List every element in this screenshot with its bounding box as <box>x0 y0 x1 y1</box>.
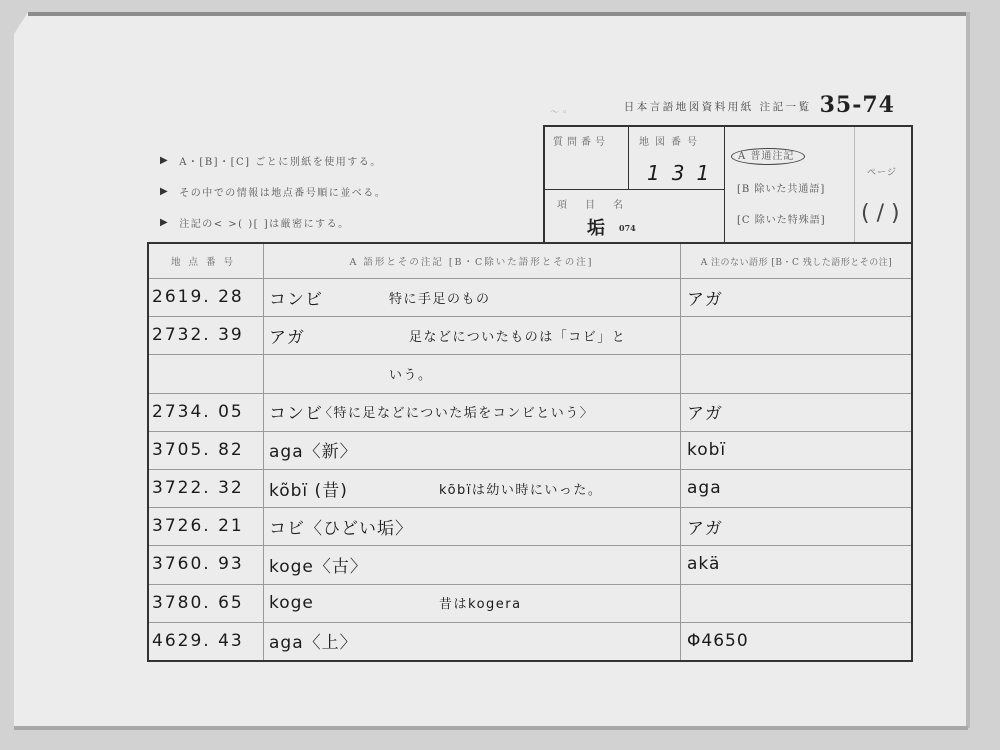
item-name-label: 項目名 <box>557 196 641 211</box>
form-note: いう。 <box>389 354 433 392</box>
triangle-bullet-icon: ▶ <box>160 155 169 166</box>
category-a: A 普通注記 <box>737 147 805 162</box>
map-number-label: 地図番号 <box>639 133 703 148</box>
header-point-number: 地点番号 <box>149 244 263 278</box>
word-form: アガ <box>269 316 305 354</box>
category-cell: A 普通注記 [B 除いた共通語] [C 除いた特殊語] <box>725 127 855 244</box>
word-form: kõbï (昔) <box>269 469 348 507</box>
row-divider <box>149 278 911 279</box>
point-number: 3705. 82 <box>152 431 244 469</box>
header-form-and-note: A 語形とその注記 [B・C除いた語形とその注] <box>263 244 680 278</box>
plain-form: aga <box>687 469 722 507</box>
row-divider <box>149 431 911 432</box>
word-form: koge <box>269 584 314 622</box>
point-number: 3726. 21 <box>152 507 244 545</box>
row-divider <box>149 354 911 355</box>
item-name-value: 垢 <box>587 214 605 240</box>
word-form: koge〈古〉 <box>269 545 368 583</box>
row-divider <box>149 622 911 623</box>
page-value: ( / ) <box>861 201 900 226</box>
form-note: 〈特に足などについた垢をコンビという〉 <box>319 393 594 431</box>
card-bottom-edge <box>14 726 968 730</box>
instruction-item: ▶ その中での情報は地点番号順に並べる。 <box>160 176 386 207</box>
stamp-mark: 〜 ◦ <box>550 105 567 118</box>
instructions: ▶ A・[B]・[C] ごとに別紙を使用する。 ▶ その中での情報は地点番号順に… <box>160 145 386 238</box>
item-code: 074 <box>619 223 636 233</box>
row-divider <box>149 545 911 546</box>
form-title-label: 日本言語地図資料用紙 注記一覧 <box>624 99 812 118</box>
point-number: 2619. 28 <box>152 278 244 316</box>
page-label: ページ <box>867 165 897 178</box>
word-form: コンビ <box>269 278 323 316</box>
column-divider <box>680 244 681 660</box>
triangle-bullet-icon: ▶ <box>160 186 169 197</box>
map-number-value: 131 <box>647 161 721 185</box>
question-number-label: 質問番号 <box>553 133 609 148</box>
point-number: 3760. 93 <box>152 545 244 583</box>
row-divider <box>149 584 911 585</box>
category-a-selected: A 普通注記 <box>731 148 805 165</box>
item-name-cell: 項目名 垢 074 <box>545 190 725 244</box>
plain-form: akä <box>687 545 720 583</box>
instruction-item: ▶ A・[B]・[C] ごとに別紙を使用する。 <box>160 145 386 176</box>
triangle-bullet-icon: ▶ <box>160 217 169 228</box>
word-form: コンビ <box>269 393 323 431</box>
word-form: aga〈新〉 <box>269 431 358 469</box>
form-note: kõbïは幼い時にいった。 <box>439 469 602 507</box>
form-title: 〜 ◦ 日本言語地図資料用紙 注記一覧 35-74 <box>550 92 895 118</box>
column-divider <box>263 244 264 660</box>
form-note: 足などについたものは「コビ」と <box>409 316 626 354</box>
point-number: 2734. 05 <box>152 393 244 431</box>
instruction-text: 注記の< >( )[ ]は厳密にする。 <box>179 215 349 230</box>
point-number: 3722. 32 <box>152 469 244 507</box>
plain-form: アガ <box>687 278 723 316</box>
form-note: 昔はkogera <box>439 584 522 622</box>
category-c: [C 除いた特殊語] <box>737 211 826 226</box>
word-form: aga〈上〉 <box>269 622 358 660</box>
row-divider <box>149 507 911 508</box>
point-number: 4629. 43 <box>152 622 244 660</box>
entries-table: 地点番号 A 語形とその注記 [B・C除いた語形とその注] A 注のない語形 [… <box>147 242 913 662</box>
plain-form: kobï <box>687 431 726 469</box>
question-number-cell: 質問番号 <box>545 127 629 190</box>
form-note: 特に手足のもの <box>389 278 491 316</box>
form-number: 35-74 <box>820 92 895 118</box>
card-top-edge <box>28 12 968 16</box>
plain-form: アガ <box>687 393 723 431</box>
point-number: 3780. 65 <box>152 584 244 622</box>
instruction-item: ▶ 注記の< >( )[ ]は厳密にする。 <box>160 207 386 238</box>
card-right-edge <box>966 12 970 728</box>
category-b: [B 除いた共通語] <box>737 180 825 195</box>
map-number-cell: 地図番号 131 <box>629 127 725 190</box>
plain-form: Φ4650 <box>687 622 749 660</box>
plain-form: アガ <box>687 507 723 545</box>
point-number: 2732. 39 <box>152 316 244 354</box>
header-plain-form: A 注のない語形 [B・C 残した語形とその注] <box>680 244 913 278</box>
instruction-text: A・[B]・[C] ごとに別紙を使用する。 <box>179 153 382 168</box>
word-form: コビ〈ひどい垢〉 <box>269 507 413 545</box>
page-cell: ページ ( / ) <box>855 127 911 244</box>
header-box: 質問番号 地図番号 131 項目名 垢 074 A 普通注記 [B 除いた共通語… <box>543 125 913 242</box>
instruction-text: その中での情報は地点番号順に並べる。 <box>179 184 386 199</box>
